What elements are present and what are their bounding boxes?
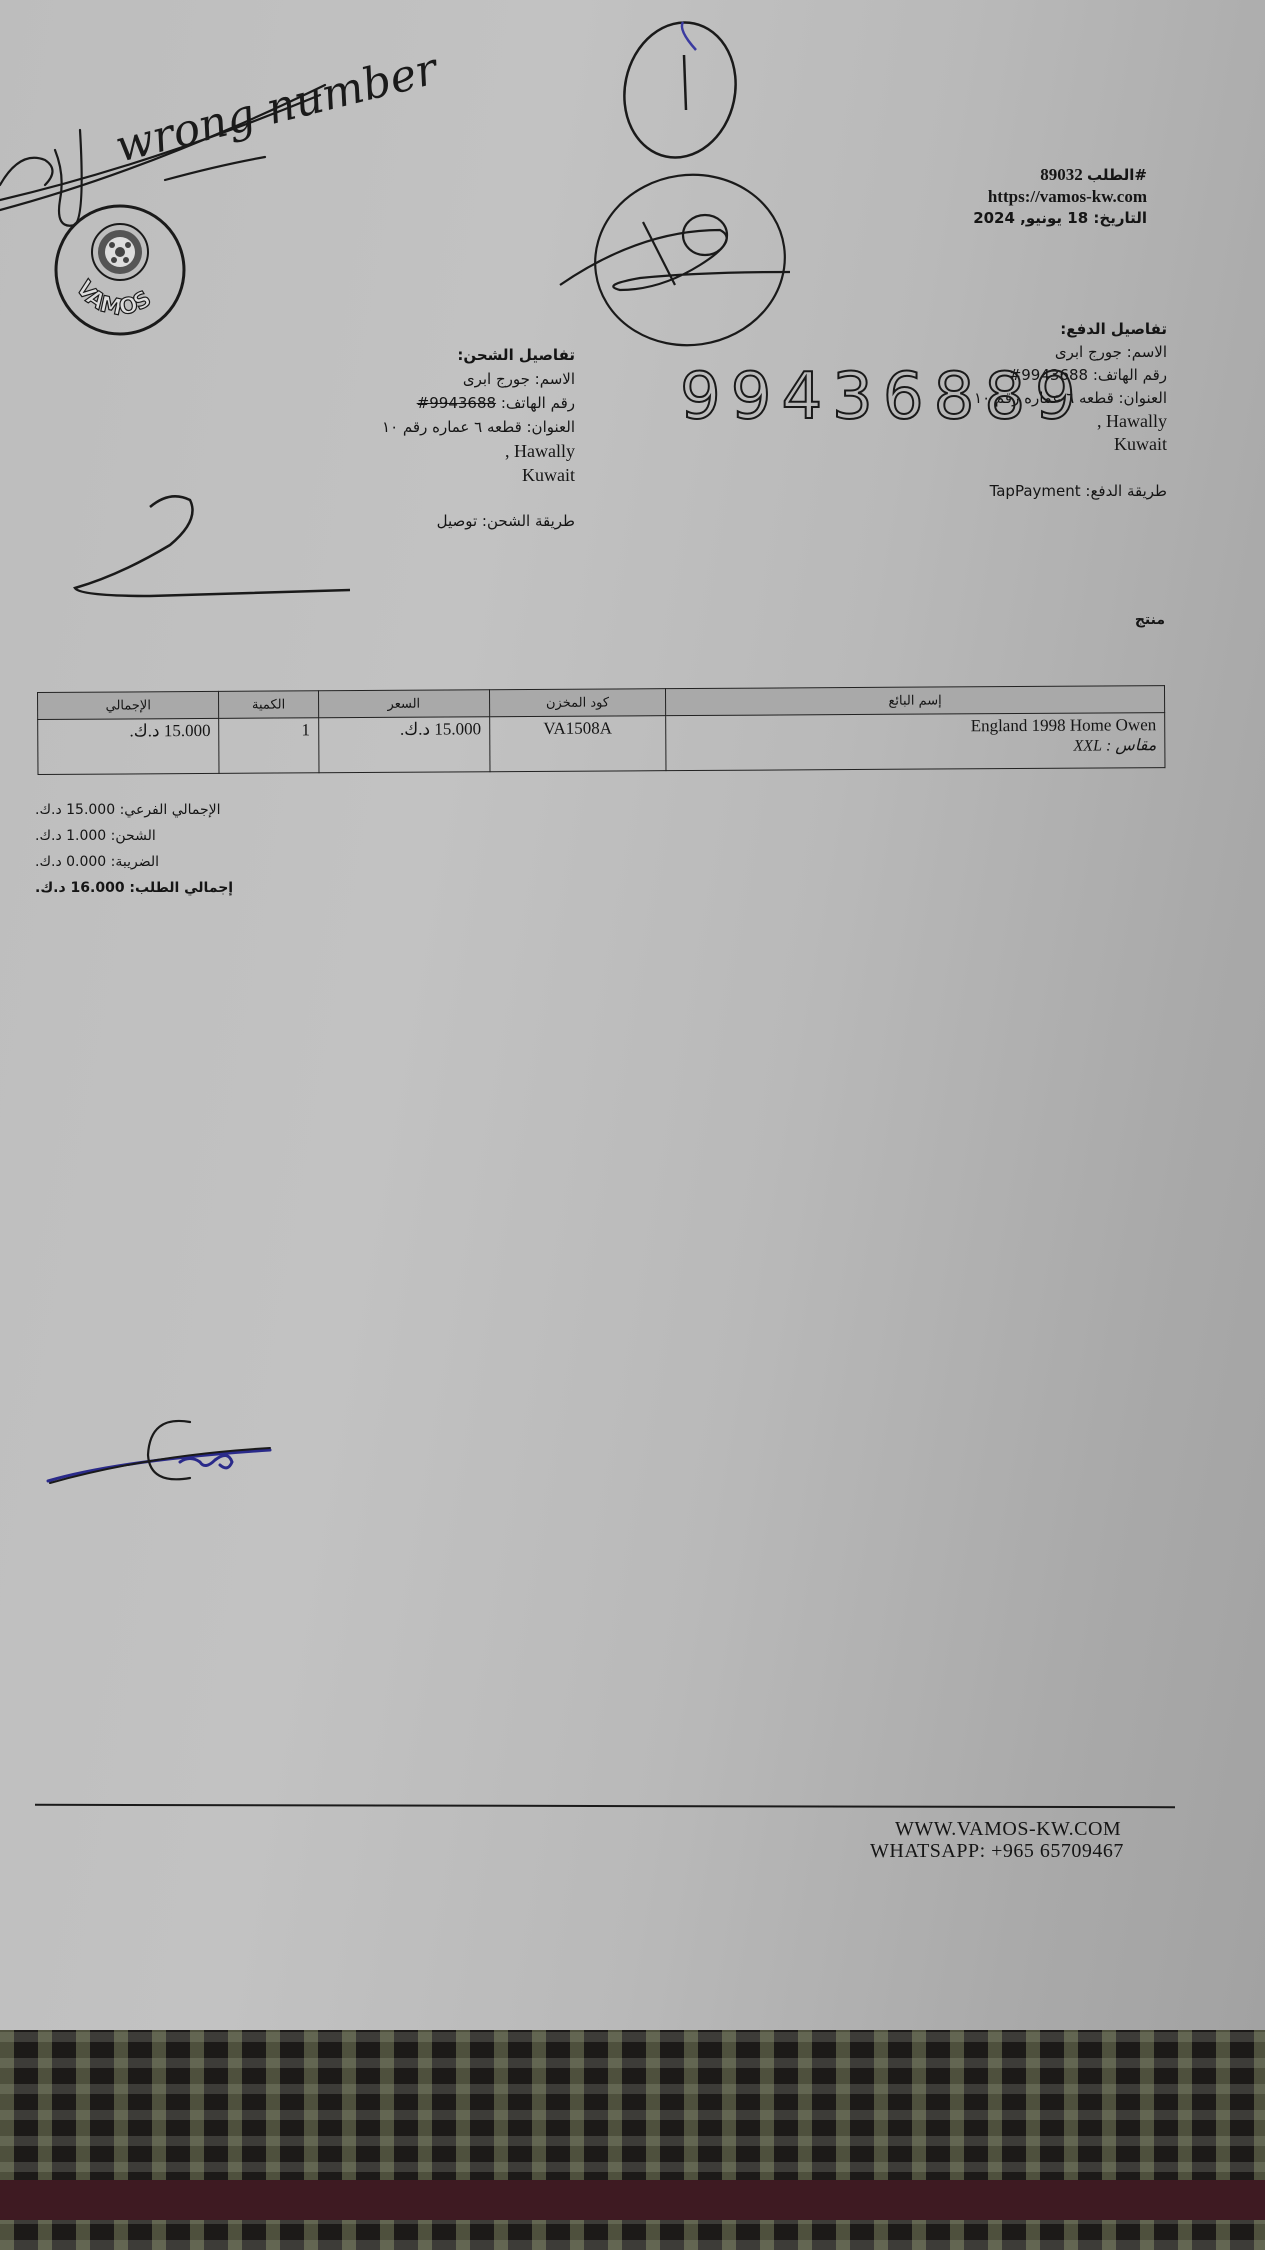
footer-website[interactable]: WWW.VAMOS-KW.COM <box>870 1818 1124 1840</box>
handwritten-wrong-number: wrong number <box>0 43 445 226</box>
handwritten-circled-scribble <box>560 163 796 358</box>
handwritten-page-mark-2 <box>75 496 350 596</box>
handwritten-annotations: wrong number 99436889 <box>0 0 1265 1600</box>
carpet-band <box>0 2180 1265 2220</box>
footer-whatsapp: WHATSAPP: +965 65709467 <box>870 1840 1124 1862</box>
footer-contact: WWW.VAMOS-KW.COM WHATSAPP: +965 65709467 <box>870 1818 1124 1862</box>
handwritten-signature <box>48 1421 270 1483</box>
handwritten-phone-correction: 99436889 <box>680 360 1086 434</box>
handwritten-circled-1 <box>612 12 748 168</box>
